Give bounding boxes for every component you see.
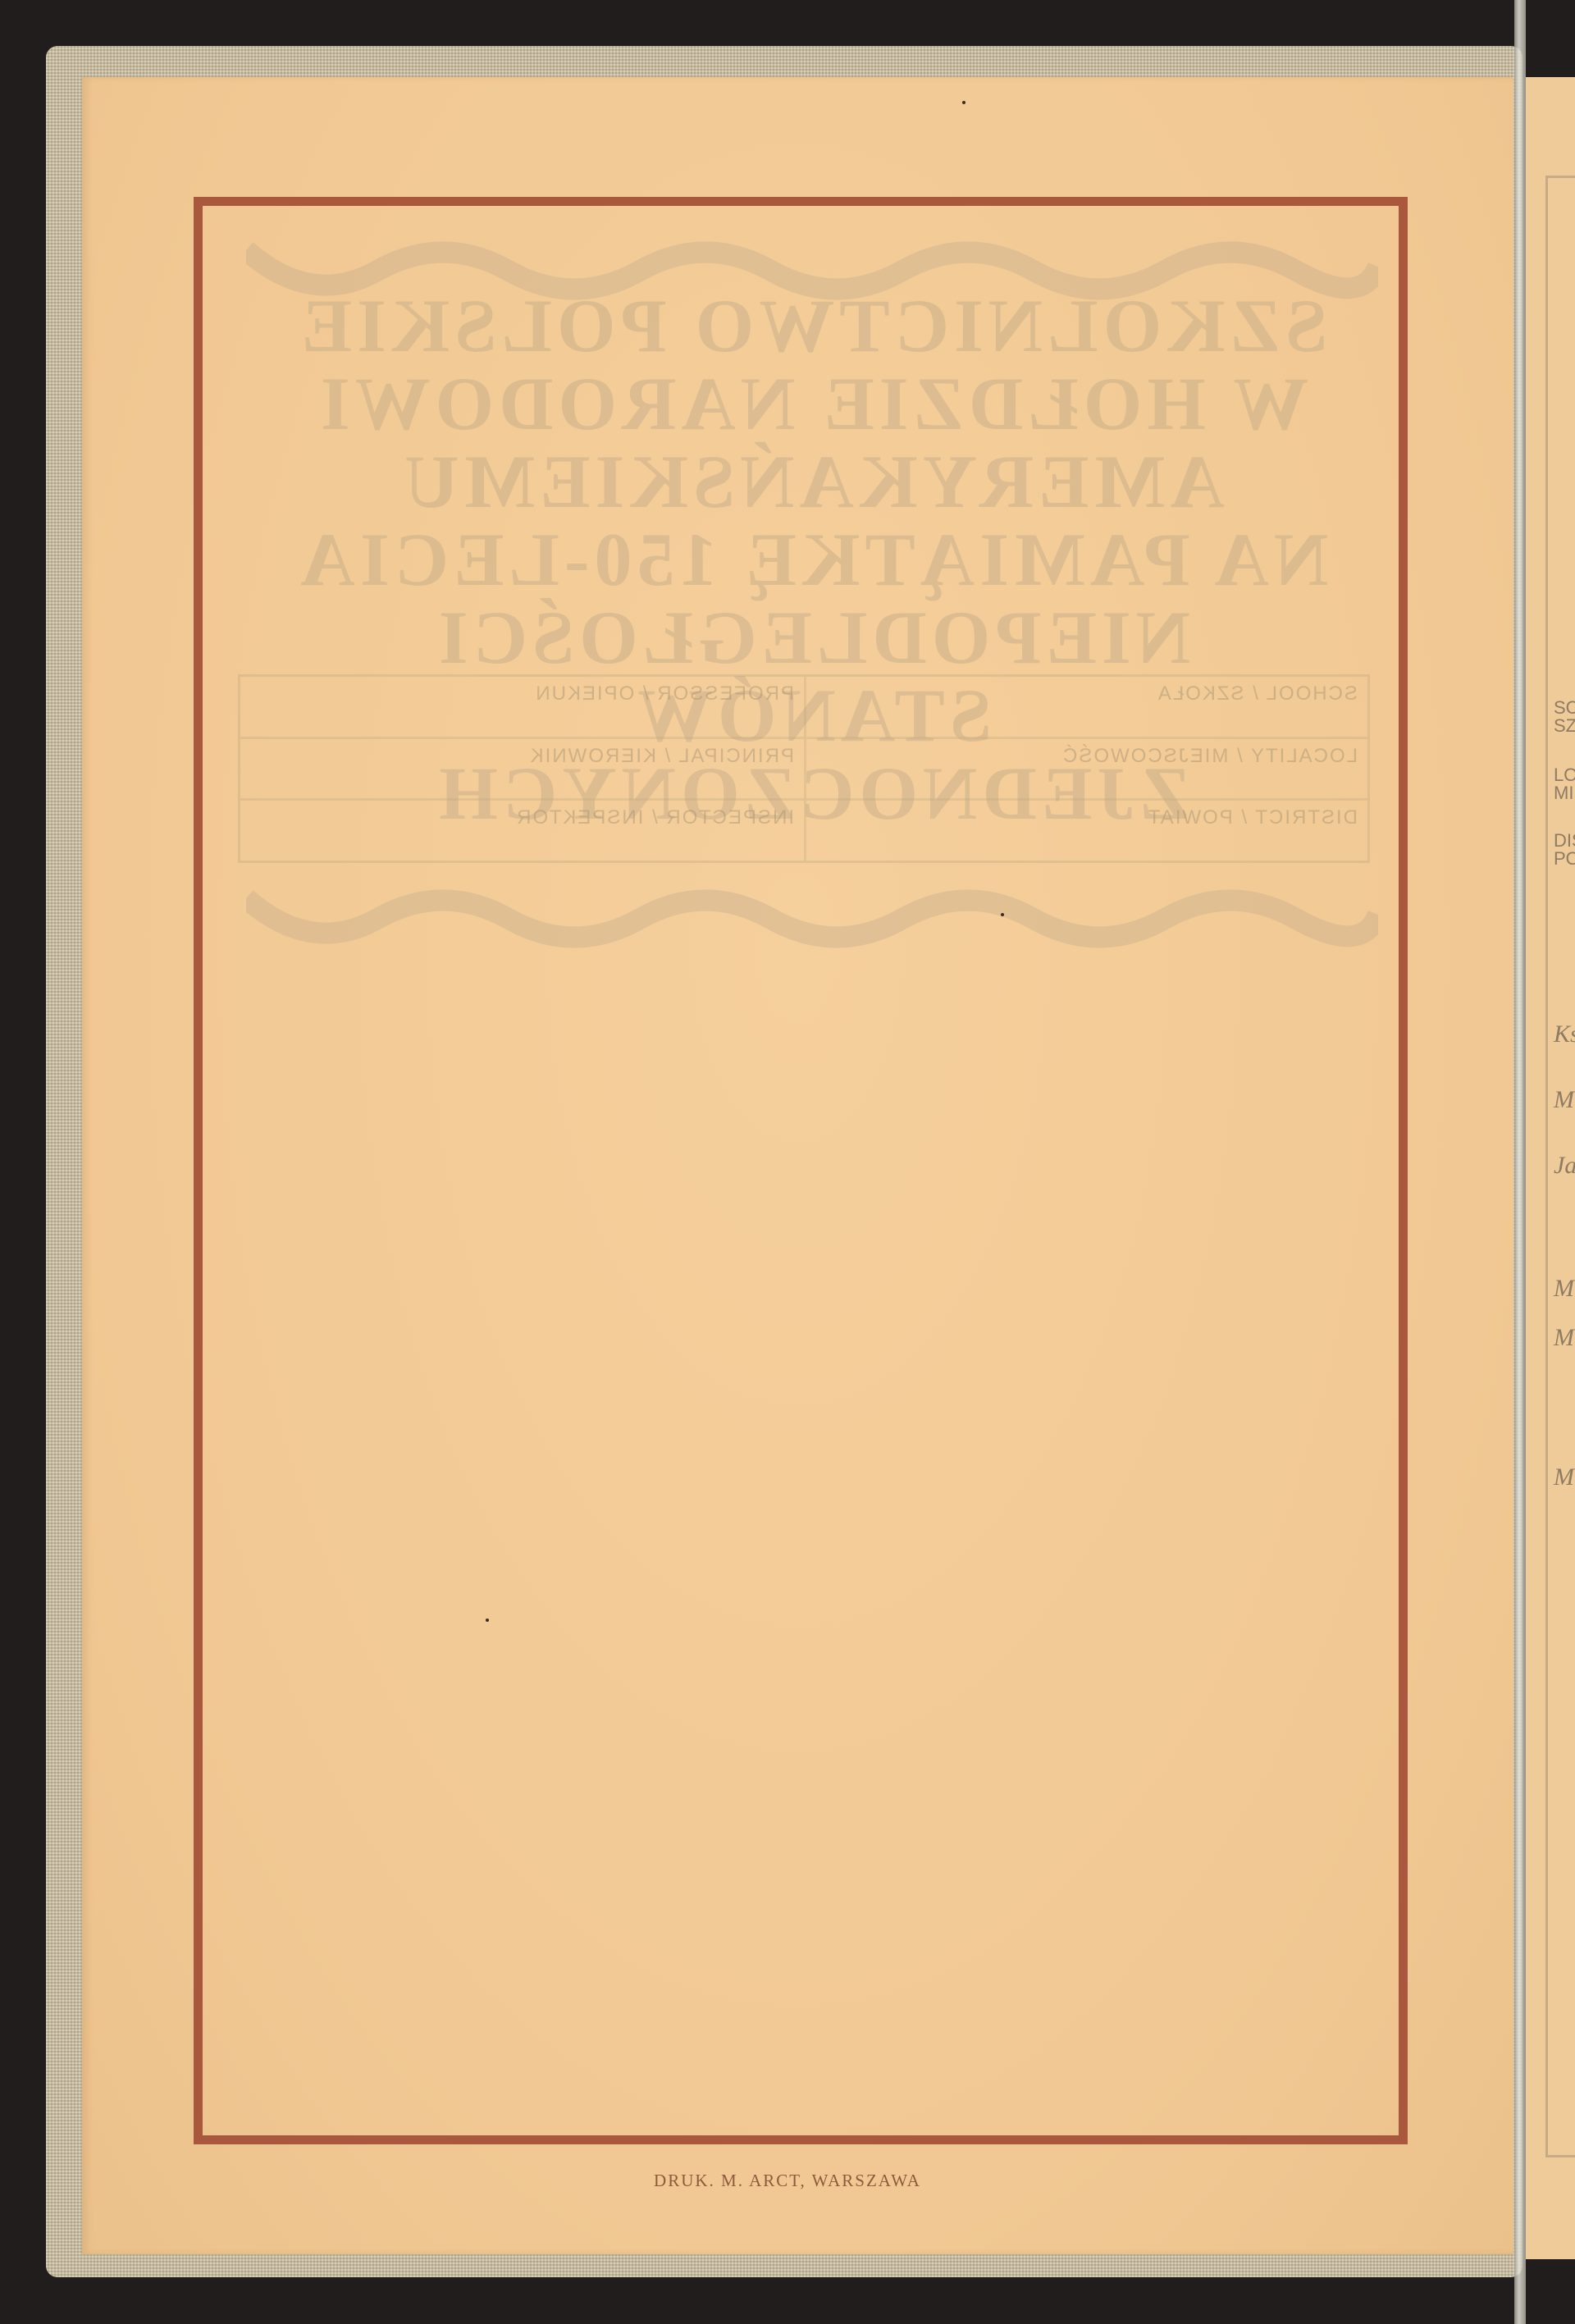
adjacent-label: POW [1554, 850, 1575, 868]
adjacent-signature: Mi [1554, 1324, 1575, 1352]
paper-speck [1001, 913, 1004, 916]
binding-edge [1514, 0, 1526, 2324]
printer-imprint: DRUK. M. ARCT, WARSZAWA [0, 2171, 1575, 2191]
adjacent-label: SZKO [1554, 717, 1575, 735]
adjacent-label: MIEJ [1554, 784, 1575, 802]
adjacent-signature: Mic [1554, 1275, 1575, 1303]
paper-speck [486, 1619, 489, 1622]
adjacent-signature: M [1554, 1086, 1574, 1114]
adjacent-label: SCHO [1554, 699, 1575, 717]
adjacent-label: LOC [1554, 766, 1575, 784]
adjacent-page-edge: SCHO SZKO LOC MIEJ DIST POW Ks M Ja Mic … [1526, 77, 1575, 2259]
adjacent-signature: Mar [1554, 1463, 1575, 1491]
adjacent-signature: Ks [1554, 1020, 1575, 1048]
adjacent-signature: Ja [1554, 1152, 1575, 1180]
adjacent-label: DIST [1554, 832, 1575, 850]
red-page-frame [194, 197, 1408, 2144]
paper-speck [962, 101, 966, 104]
